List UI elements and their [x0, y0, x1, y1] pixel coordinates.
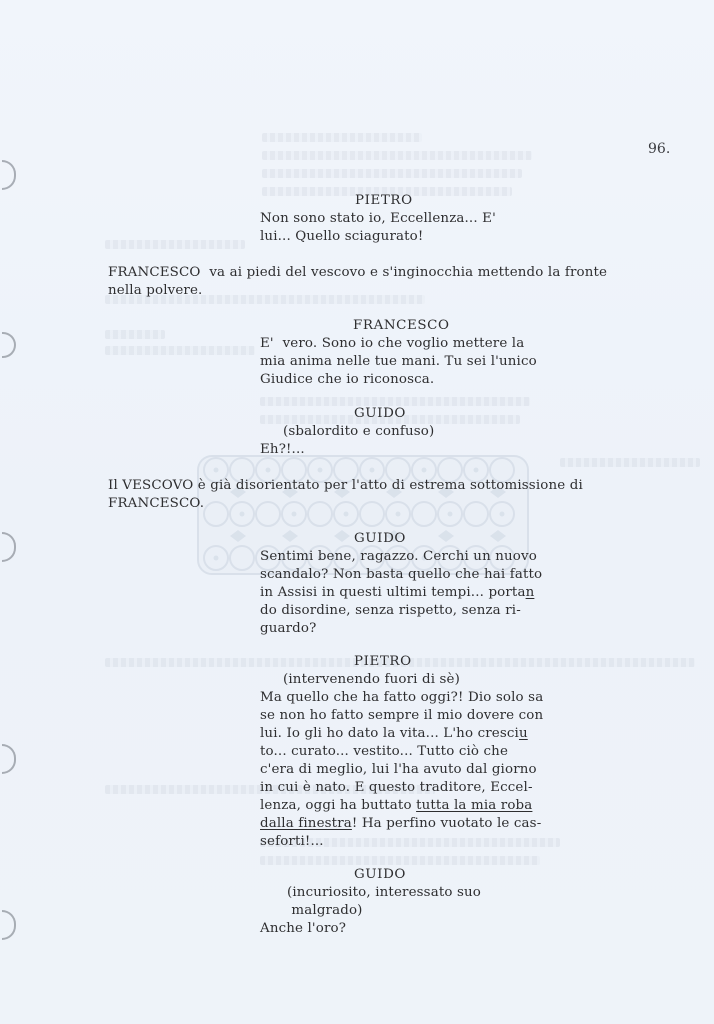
parenthetical: (sbalordito e confuso) — [283, 423, 434, 441]
binding-mark — [2, 532, 16, 562]
action-line: Il VESCOVO è già disorientato per l'atto… — [108, 477, 583, 495]
speaker-name: GUIDO — [354, 405, 406, 423]
dialogue-line: in cui è nato. E questo traditore, Eccel… — [260, 779, 533, 797]
dialogue-line: scandalo? Non basta quello che hai fatto — [260, 566, 542, 584]
bleed-through-text — [262, 169, 522, 178]
dialogue-text: lenza, oggi ha buttato — [260, 798, 416, 813]
parenthetical: (incuriosito, interessato suo — [287, 884, 481, 902]
dialogue-text: in Assisi in questi ultimi tempi... port… — [260, 585, 526, 600]
action-line: FRANCESCO. — [108, 495, 204, 513]
speaker-name: FRANCESCO — [353, 317, 450, 335]
binding-mark — [2, 332, 16, 358]
dialogue-line: to... curato... vestito... Tutto ciò che — [260, 743, 508, 761]
dialogue-line: E' vero. Sono io che voglio mettere la — [260, 335, 524, 353]
underlined-text: tutta la mia roba — [416, 798, 532, 813]
dialogue-line: in Assisi in questi ultimi tempi... port… — [260, 584, 534, 602]
parenthetical: (intervenendo fuori di sè) — [283, 671, 460, 689]
binding-mark — [2, 744, 16, 774]
action-line: nella polvere. — [108, 282, 202, 300]
dialogue-line: seforti!... — [260, 833, 324, 851]
bleed-through-text — [105, 240, 245, 249]
dialogue-line: dalla finestra! Ha perfino vuotato le ca… — [260, 815, 541, 833]
dialogue-line: Ma quello che ha fatto oggi?! Dio solo s… — [260, 689, 543, 707]
dialogue-line: se non ho fatto sempre il mio dovere con — [260, 707, 543, 725]
script-page: 96. PIETRO Non sono stato io, Eccellenza… — [0, 0, 714, 1024]
bleed-through-text — [262, 133, 422, 142]
dialogue-line: lenza, oggi ha buttato tutta la mia roba — [260, 797, 532, 815]
dialogue-line: Anche l'oro? — [260, 920, 346, 938]
dialogue-text: lui. Io gli ho dato la vita... L'ho cres… — [260, 726, 519, 741]
bleed-through-text — [560, 458, 700, 467]
underlined-text: u — [519, 726, 528, 741]
underlined-text: dalla finestra — [260, 816, 352, 831]
bleed-through-text — [260, 856, 540, 865]
dialogue-line: Eh?!... — [260, 441, 305, 459]
speaker-name: GUIDO — [354, 530, 406, 548]
dialogue-text: ! Ha perfino vuotato le cas- — [352, 816, 542, 831]
dialogue-line: c'era di meglio, lui l'ha avuto dal gior… — [260, 761, 537, 779]
bleed-through-text — [105, 346, 255, 355]
dialogue-line: mia anima nelle tue mani. Tu sei l'unico — [260, 353, 537, 371]
dialogue-line: do disordine, senza rispetto, senza ri- — [260, 602, 521, 620]
binding-mark — [2, 160, 16, 190]
dialogue-line: guardo? — [260, 620, 316, 638]
dialogue-line: lui... Quello sciagurato! — [260, 228, 423, 246]
bleed-through-text — [262, 151, 532, 160]
bleed-through-text — [105, 330, 165, 339]
dialogue-line: Giudice che io riconosca. — [260, 371, 434, 389]
speaker-name: PIETRO — [355, 192, 413, 210]
binding-mark — [2, 910, 16, 940]
dialogue-line: Sentimi bene, ragazzo. Cerchi un nuovo — [260, 548, 537, 566]
dialogue-line: lui. Io gli ho dato la vita... L'ho cres… — [260, 725, 528, 743]
underlined-text: n — [526, 585, 535, 600]
page-number: 96. — [648, 141, 670, 157]
speaker-name: PIETRO — [354, 653, 412, 671]
speaker-name: GUIDO — [354, 866, 406, 884]
parenthetical: malgrado) — [287, 902, 363, 920]
action-line: FRANCESCO va ai piedi del vescovo e s'in… — [108, 264, 607, 282]
dialogue-line: Non sono stato io, Eccellenza... E' — [260, 210, 496, 228]
